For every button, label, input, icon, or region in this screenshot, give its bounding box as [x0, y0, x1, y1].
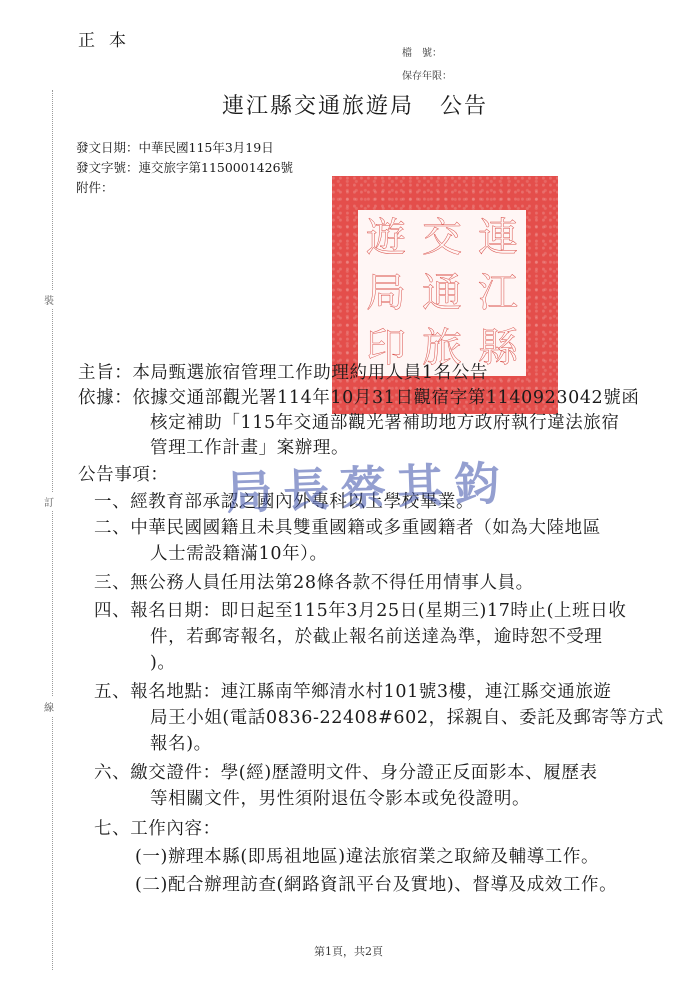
- basis-text-line: 依據交通部觀光署114年10月31日觀宿字第1140923042號函: [132, 388, 639, 408]
- basis-label: 依據：: [78, 386, 132, 411]
- item-text-continued: 局王小姐(電話0836-22408#602，採親自、委託及郵寄等方式: [150, 706, 664, 731]
- item-text: 無公務人員任用法第28條各款不得任用情事人員。: [130, 573, 534, 593]
- seal-inscription: 連 江 縣 交 通 旅 遊 局 印: [358, 210, 526, 376]
- signature-char: 蔡: [339, 451, 393, 519]
- copy-type-mark: 正本: [78, 26, 140, 51]
- seal-char: 江: [478, 273, 518, 313]
- item-text: 工作內容：: [130, 819, 221, 839]
- subject-text: 本局甄選旅宿管理工作助理約用人員1名公告: [132, 363, 488, 383]
- item-number: 六、: [94, 763, 130, 783]
- item-text: 繳交證件：學(經)歷證明文件、身分證正反面影本、履歷表: [130, 763, 597, 783]
- signature-char: 鈞: [453, 447, 507, 515]
- work-content-sub-item: (一)辦理本縣(即馬祖地區)違法旅宿業之取締及輔導工作。: [135, 845, 599, 870]
- binding-mark-zhuang: 裝: [44, 290, 54, 309]
- binding-line: [52, 90, 53, 970]
- agency-name: 連江縣交通旅遊局: [222, 94, 414, 119]
- document-title: 連江縣交通旅遊局公告: [222, 89, 488, 120]
- document-type: 公告: [440, 94, 488, 119]
- subject-line: 主旨：本局甄選旅宿管理工作助理約用人員1名公告: [78, 361, 488, 386]
- announcement-heading: 公告事項：: [78, 463, 169, 488]
- binding-mark-xian: 線: [44, 697, 54, 716]
- announcement-item: 七、工作內容：: [94, 817, 221, 842]
- signature-char: 局: [225, 455, 279, 523]
- subject-label: 主旨：: [78, 361, 132, 386]
- binding-mark-ding: 訂: [44, 492, 54, 511]
- announcement-item: 二、中華民國國籍且未具雙重國籍或多重國籍者（如為大陸地區: [94, 516, 601, 541]
- announcement-item: 五、報名地點：連江縣南竿鄉清水村101號3樓，連江縣交通旅遊: [94, 680, 612, 705]
- item-number: 四、: [94, 601, 130, 621]
- retention-period-label: 保存年限：: [402, 67, 452, 82]
- seal-char: 通: [422, 273, 462, 313]
- item-text: 報名日期：即日起至115年3月25日(星期三)17時止(上班日收: [130, 601, 626, 621]
- item-text-continued: )。: [150, 651, 176, 676]
- item-number: 一、: [94, 492, 130, 512]
- item-number: 二、: [94, 518, 130, 538]
- document-number: 發文字號：連交旅字第1150001426號: [76, 158, 293, 176]
- item-text-continued: 報名)。: [150, 732, 212, 757]
- announcement-item: 六、繳交證件：學(經)歷證明文件、身分證正反面影本、履歷表: [94, 761, 598, 786]
- item-text: 中華民國國籍且未具雙重國籍或多重國籍者（如為大陸地區: [130, 518, 601, 538]
- seal-char: 連: [478, 218, 518, 258]
- page-indicator: 第1頁，共2頁: [314, 943, 383, 959]
- work-content-sub-item: (二)配合辦理訪查(網路資訊平台及實地)、督導及成效工作。: [135, 873, 617, 898]
- item-number: 七、: [94, 819, 130, 839]
- item-number: 三、: [94, 573, 130, 593]
- item-text-continued: 等相關文件，男性須附退伍令影本或免役證明。: [150, 787, 530, 812]
- attachment-label: 附件：: [76, 178, 114, 196]
- signature-stamp: 局 長 蔡 其 鈞: [225, 450, 507, 520]
- signature-char: 其: [396, 449, 450, 517]
- basis-text-line: 核定補助「115年交通部觀光署補助地方政府執行違法旅宿: [150, 411, 620, 436]
- issue-date: 發文日期：中華民國115年3月19日: [76, 138, 274, 156]
- item-text-continued: 件，若郵寄報名，於截止報名前送達為準，逾時恕不受理: [150, 625, 603, 650]
- item-text-continued: 人士需設籍滿10年）。: [150, 542, 328, 567]
- seal-char: 局: [366, 273, 406, 313]
- seal-char: 交: [422, 218, 462, 258]
- signature-char: 長: [282, 453, 336, 521]
- seal-column: 交 通 旅: [414, 210, 470, 376]
- seal-column: 遊 局 印: [358, 210, 414, 376]
- basis-line: 依據：依據交通部觀光署114年10月31日觀宿字第1140923042號函: [78, 386, 640, 411]
- announcement-item: 三、無公務人員任用法第28條各款不得任用情事人員。: [94, 571, 534, 596]
- file-number-label: 檔 號：: [402, 44, 442, 59]
- item-text: 報名地點：連江縣南竿鄉清水村101號3樓，連江縣交通旅遊: [130, 682, 611, 702]
- seal-column: 連 江 縣: [470, 210, 526, 376]
- seal-char: 遊: [366, 218, 406, 258]
- announcement-item: 四、報名日期：即日起至115年3月25日(星期三)17時止(上班日收: [94, 599, 626, 624]
- item-number: 五、: [94, 682, 130, 702]
